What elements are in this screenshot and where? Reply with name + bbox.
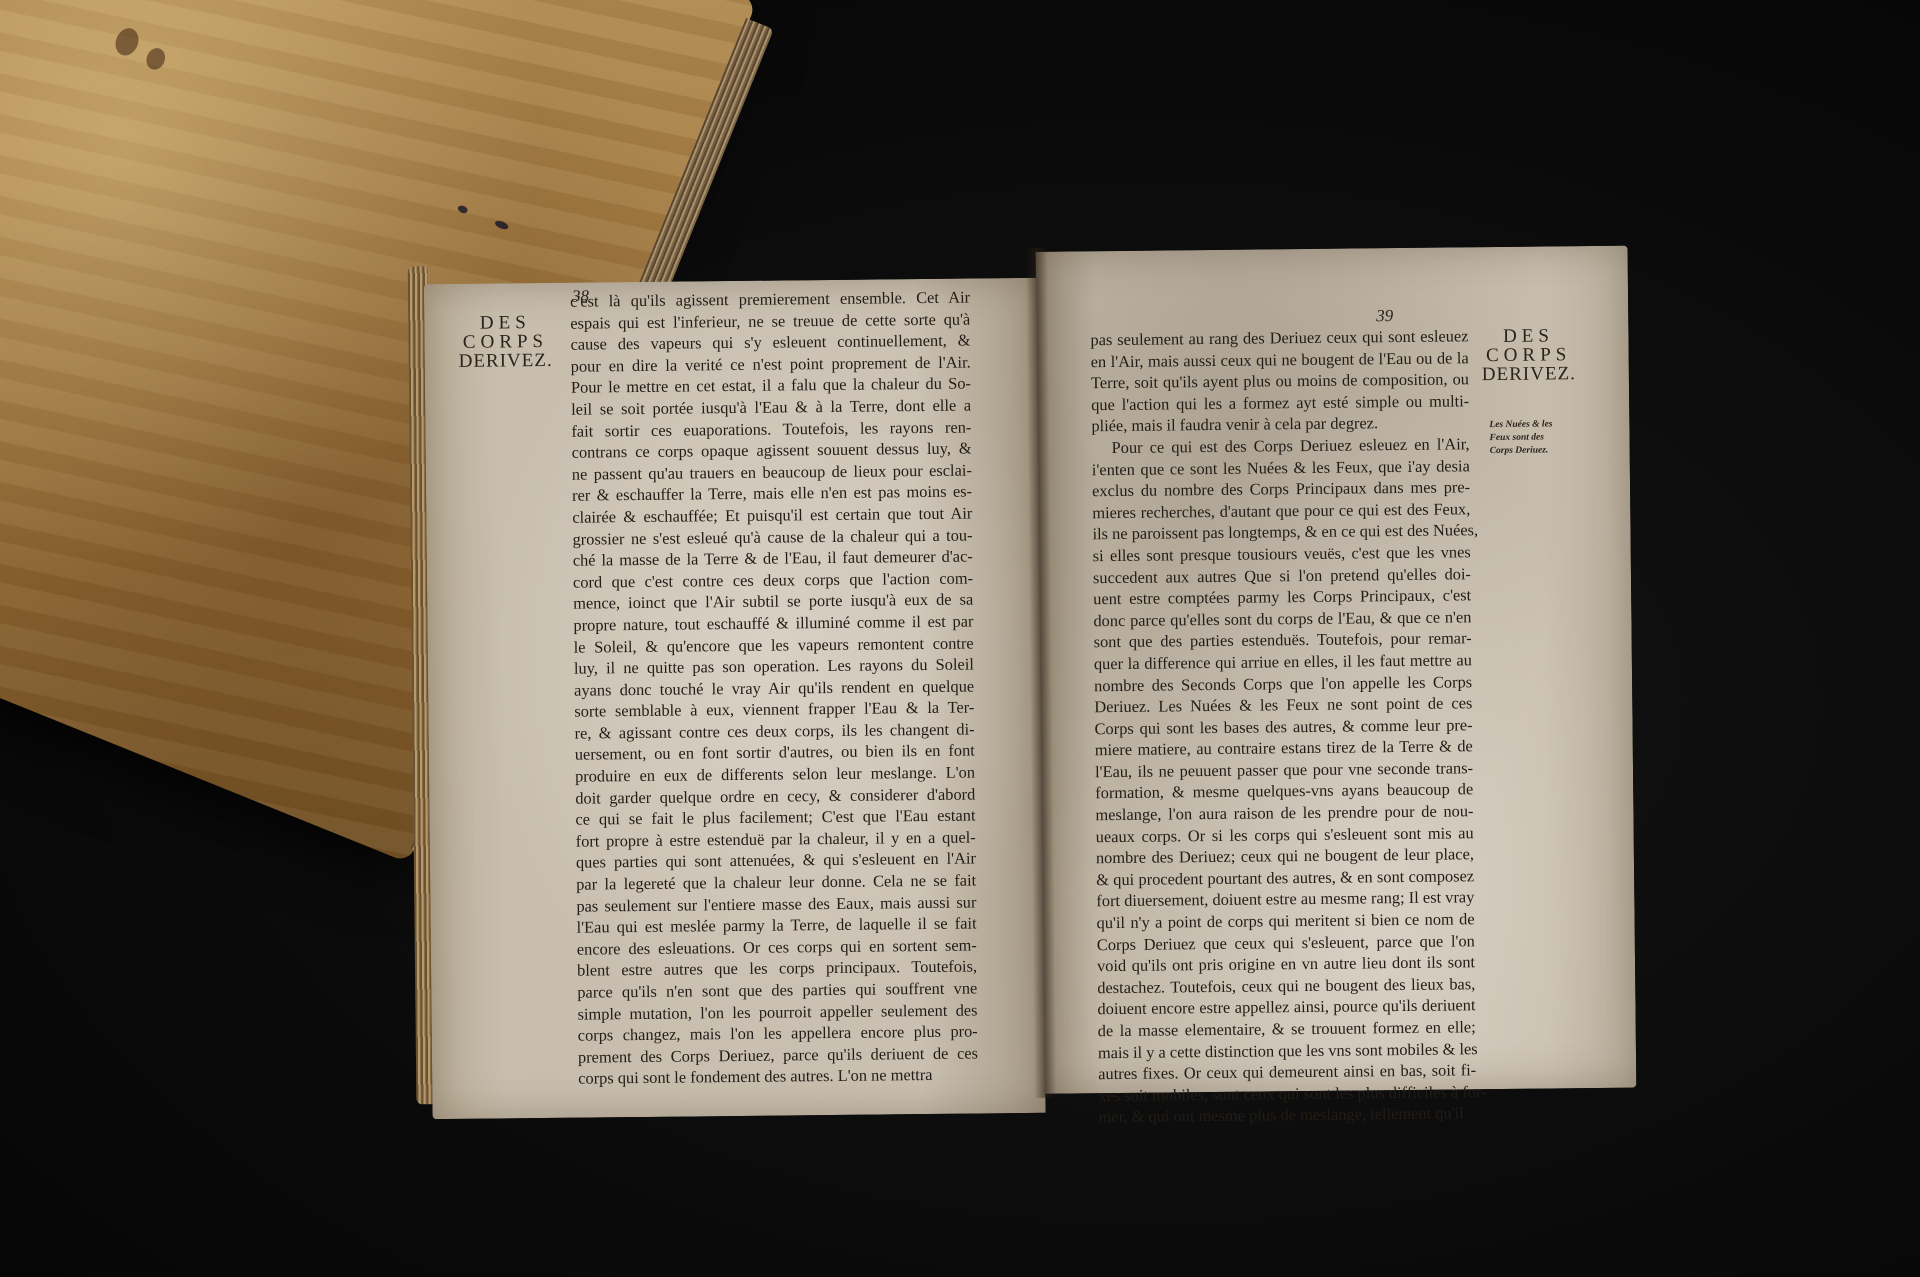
running-head: DES CORPS DERIVEZ. <box>1468 326 1589 384</box>
stain-mark <box>112 25 143 59</box>
running-head: DES CORPS DERIVEZ. <box>440 313 571 371</box>
page-number: 39 <box>1376 306 1393 326</box>
ink-spot <box>457 204 469 214</box>
left-body-text: c'est là qu'ils agissent premierement en… <box>570 287 978 1090</box>
text-line: corps qui sont le fondement des autres. … <box>578 1064 978 1090</box>
right-body-text: pas seulement au rang des Deriuez ceux q… <box>1090 325 1476 1128</box>
ink-spot <box>494 219 510 231</box>
running-head-line: DERIVEZ. <box>441 351 571 371</box>
text-line: mer, & qui ont mesme plus de meslange, t… <box>1099 1103 1477 1129</box>
margin-note-line: Les Nuées & les <box>1489 418 1579 432</box>
text-line: que l'action qui les a formez ayt esté s… <box>1091 390 1469 416</box>
open-book: 38 DES CORPS DERIVEZ. c'est là qu'ils ag… <box>408 242 1635 1110</box>
stain-mark <box>143 45 168 72</box>
margin-note-line: Feux sont des <box>1489 431 1579 445</box>
left-page: 38 DES CORPS DERIVEZ. c'est là qu'ils ag… <box>424 278 1046 1119</box>
running-head-line: DERIVEZ. <box>1469 364 1589 384</box>
margin-note: Les Nuées & les Feux sont des Corps Deri… <box>1489 418 1579 458</box>
margin-note-line: Corps Deriuez. <box>1490 444 1580 458</box>
right-page: 39 DES CORPS DERIVEZ. Les Nuées & les Fe… <box>1036 246 1637 1094</box>
running-head-line: DES <box>440 313 570 333</box>
